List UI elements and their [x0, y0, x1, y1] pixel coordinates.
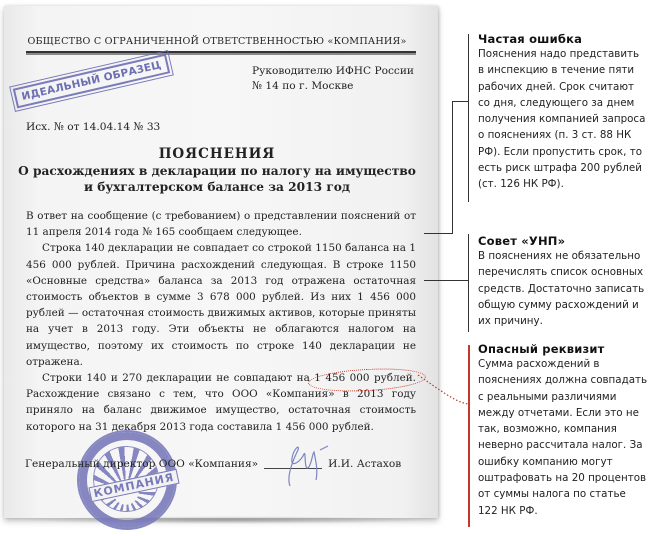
note-text: В пояснениях не обязательно перечислять … [478, 248, 648, 329]
note-dangerous-detail: Опасный реквизит Сумма расхождений в поя… [478, 342, 648, 519]
note-common-mistake: Частая ошибка Пояснения надо представить… [478, 32, 648, 193]
note-text: Сумма расхождений в пояснениях должна со… [478, 356, 648, 519]
connector-line [452, 101, 468, 102]
note-heading: Опасный реквизит [478, 342, 648, 356]
connector-line [424, 280, 468, 281]
connector-line [424, 233, 453, 234]
note-advice: Совет «УНП» В пояснениях не обязательно … [478, 234, 648, 329]
note-bar-common-mistake [468, 34, 469, 202]
note-bar-advice [468, 234, 469, 332]
note-heading: Совет «УНП» [478, 234, 648, 248]
connector-line [452, 101, 453, 233]
note-bar-danger [468, 345, 470, 527]
note-heading: Частая ошибка [478, 32, 648, 46]
note-text: Пояснения надо представить в инспекцию в… [478, 46, 648, 193]
